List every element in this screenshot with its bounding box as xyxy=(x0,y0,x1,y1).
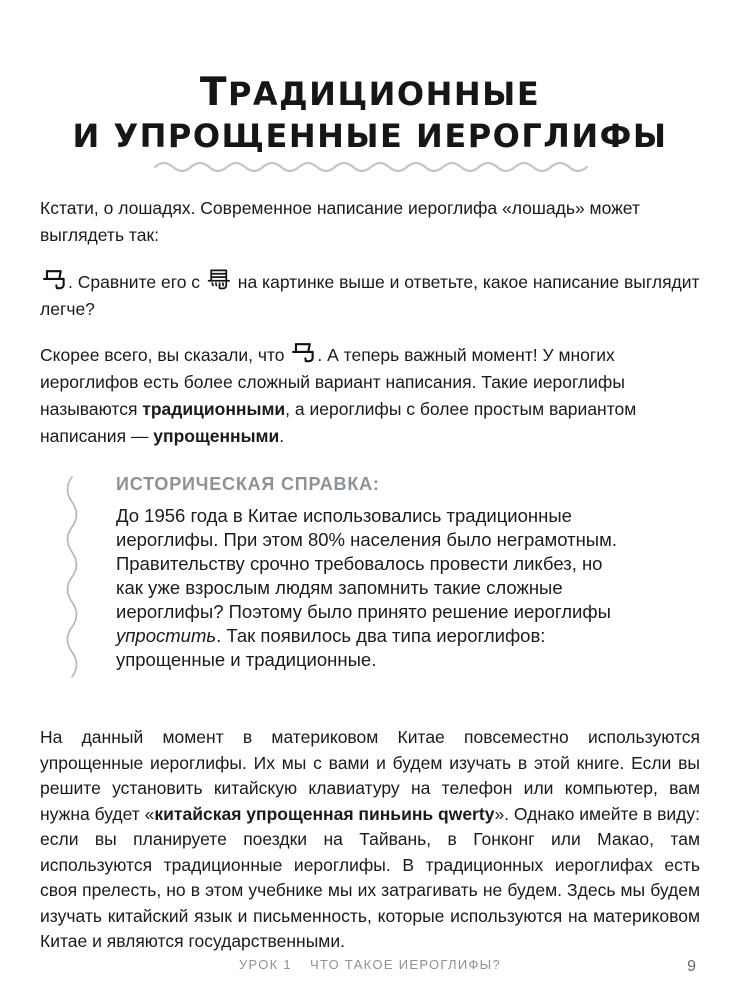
page-title: ТРАДИЦИОННЫЕ И УПРОЩЕННЫЕ ИЕРОГЛИФЫ xyxy=(40,72,700,173)
footer-chapter-label: ЧТО ТАКОЕ ИЕРОГЛИФЫ? xyxy=(310,957,501,972)
term-traditional: традиционными xyxy=(142,399,285,419)
hanzi-ma-traditional-icon xyxy=(206,267,232,293)
callout-body: ИСТОРИЧЕСКАЯ СПРАВКА: До 1956 года в Кит… xyxy=(116,474,618,685)
paragraph-intro: Кстати, о лошадях. Современное написание… xyxy=(40,195,700,249)
paragraph-conclusion-text2: ». Однако имейте в виду: если вы планиру… xyxy=(40,804,700,952)
callout-text: До 1956 года в Китае использовались трад… xyxy=(116,504,618,672)
page-content: ТРАДИЦИОННЫЕ И УПРОЩЕННЫЕ ИЕРОГЛИФЫ Кста… xyxy=(0,72,740,955)
page-title-line2: И УПРОЩЕННЫЕ ИЕРОГЛИФЫ xyxy=(40,115,700,157)
paragraph-important: Скорее всего, вы сказали, что . А теперь… xyxy=(40,340,700,450)
term-simplified: упрощенными xyxy=(153,426,279,446)
page-number: 9 xyxy=(687,958,696,976)
paragraph-conclusion: На данный момент в материковом Китае пов… xyxy=(40,725,700,955)
paragraph-intro-text: Кстати, о лошадях. Современное написание… xyxy=(40,198,640,245)
paragraph-compare: . Сравните его с на картинке выше и отве… xyxy=(40,267,700,323)
title-wavy-underline-icon xyxy=(40,159,700,173)
page-title-line1: ТРАДИЦИОННЫЕ xyxy=(40,72,700,115)
callout-text-part1: До 1956 года в Китае использовались трад… xyxy=(116,505,617,622)
paragraph-compare-text1: . Сравните его с xyxy=(68,272,205,292)
footer-lesson-label: УРОК 1 xyxy=(239,957,292,972)
hanzi-ma-simplified-icon xyxy=(41,267,67,293)
paragraph-important-text1: Скорее всего, вы сказали, что xyxy=(40,345,289,365)
paragraph-important-text4: . xyxy=(279,426,284,446)
hanzi-ma-simplified-icon xyxy=(290,340,316,366)
page-footer: УРОК 1ЧТО ТАКОЕ ИЕРОГЛИФЫ? xyxy=(0,957,740,972)
callout-heading: ИСТОРИЧЕСКАЯ СПРАВКА: xyxy=(116,474,618,495)
keyboard-name-bold: китайская упрощенная пиньинь qwerty xyxy=(154,804,494,824)
book-page: ТРАДИЦИОННЫЕ И УПРОЩЕННЫЕ ИЕРОГЛИФЫ Кста… xyxy=(0,0,740,1000)
callout-wavy-line-icon xyxy=(62,474,80,685)
historical-note-callout: ИСТОРИЧЕСКАЯ СПРАВКА: До 1956 года в Кит… xyxy=(62,474,700,685)
callout-text-italic: упростить xyxy=(116,625,216,646)
